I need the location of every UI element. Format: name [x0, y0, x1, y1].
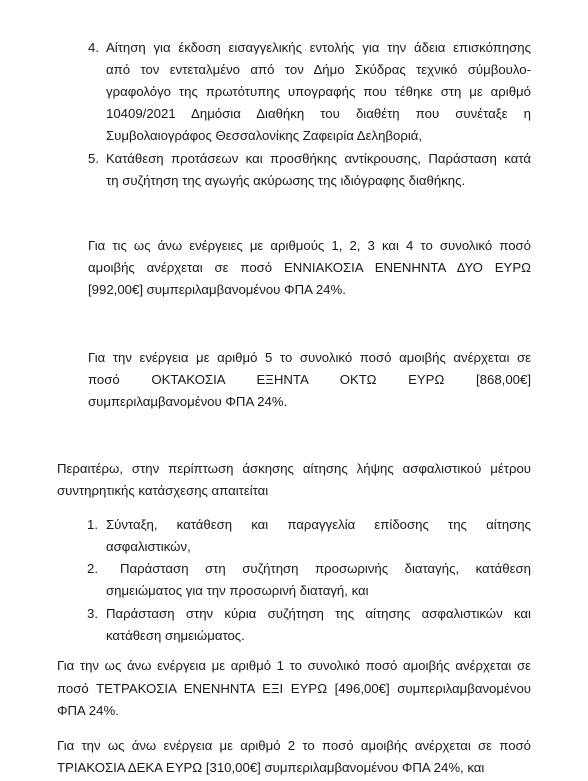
list-item-line: 10409/2021 Δημόσια Διαθήκη του διαθέτη π…: [106, 106, 531, 122]
list-item-line: Παράσταση στη συζήτηση προσωρινής διαταγ…: [120, 561, 531, 577]
list-item-line: Αίτηση για έκδοση εισαγγελικής εντολής γ…: [106, 40, 531, 56]
paragraph-line: ποσό ΟΚΤΑΚΟΣΙΑ ΕΞΗΝΤΑ ΟΚΤΩ ΕΥΡΩ [868,00€…: [88, 372, 531, 388]
list-item-line: κατάθεση σημειώματος.: [106, 628, 245, 644]
list-item-line: Κατάθεση προτάσεων και προσθήκης αντίκρο…: [106, 151, 531, 167]
paragraph-line: αμοιβής ανέρχεται σε ποσό ΕΝΝΙΑΚΟΣΙΑ ΕΝΕ…: [88, 260, 531, 276]
list-item-line: τη συζήτηση της αγωγής ακύρωσης της ιδιό…: [106, 173, 465, 189]
paragraph-line: Για την ως άνω ενέργεια με αριθμό 2 το π…: [57, 738, 531, 754]
list-item-number: 5.: [88, 151, 99, 167]
paragraph-line: Για τις ως άνω ενέργειες με αριθμούς 1, …: [88, 238, 531, 254]
list-item-number: 4.: [88, 40, 99, 56]
paragraph-line: ποσό ΤΕΤΡΑΚΟΣΙΑ ΕΝΕΝΗΝΤΑ ΕΞΙ ΕΥΡΩ [496,0…: [57, 681, 531, 697]
paragraph-line: συμπεριλαμβανομένου ΦΠΑ 24%.: [88, 394, 287, 410]
list-item-number: 2.: [87, 561, 98, 577]
paragraph-line: ΦΠΑ 24%.: [57, 703, 119, 719]
list-item-line: ασφαλιστικών,: [106, 539, 191, 555]
list-item-line: σημειώματος για την προσωρινή διαταγή, κ…: [106, 583, 369, 599]
paragraph-line: Περαιτέρω, στην περίπτωση άσκησης αίτηση…: [57, 461, 531, 477]
list-item-number: 3.: [87, 606, 98, 622]
list-item-line: Σύνταξη, κατάθεση και παραγγελία επίδοση…: [106, 517, 531, 533]
paragraph-line: [992,00€] συμπεριλαμβανομένου ΦΠΑ 24%.: [88, 282, 346, 298]
list-item-line: γραφολόγο της πρωτότυπης υπογραφής που τ…: [106, 84, 531, 100]
paragraph-line: ΤΡΙΑΚΟΣΙΑ ΔΕΚΑ ΕΥΡΩ [310,00€] συμπεριλαμ…: [57, 760, 484, 776]
list-item-number: 1.: [87, 517, 98, 533]
list-item-line: Συμβολαιογράφος Θεσσαλονίκης Ζαφειρία Δε…: [106, 128, 422, 144]
list-item-line: Παράσταση στην κύρια συζήτηση της αίτηση…: [106, 606, 531, 622]
paragraph-line: Για την ως άνω ενέργεια με αριθμό 1 το σ…: [57, 658, 531, 674]
paragraph-line: Για την ενέργεια με αριθμό 5 το συνολικό…: [88, 350, 531, 366]
list-item-line: από τον εντεταλμένο από τον Δήμο Σκύδρας…: [106, 62, 531, 78]
paragraph-line: συντηρητικής κατάσχεσης απαιτείται: [57, 483, 268, 499]
